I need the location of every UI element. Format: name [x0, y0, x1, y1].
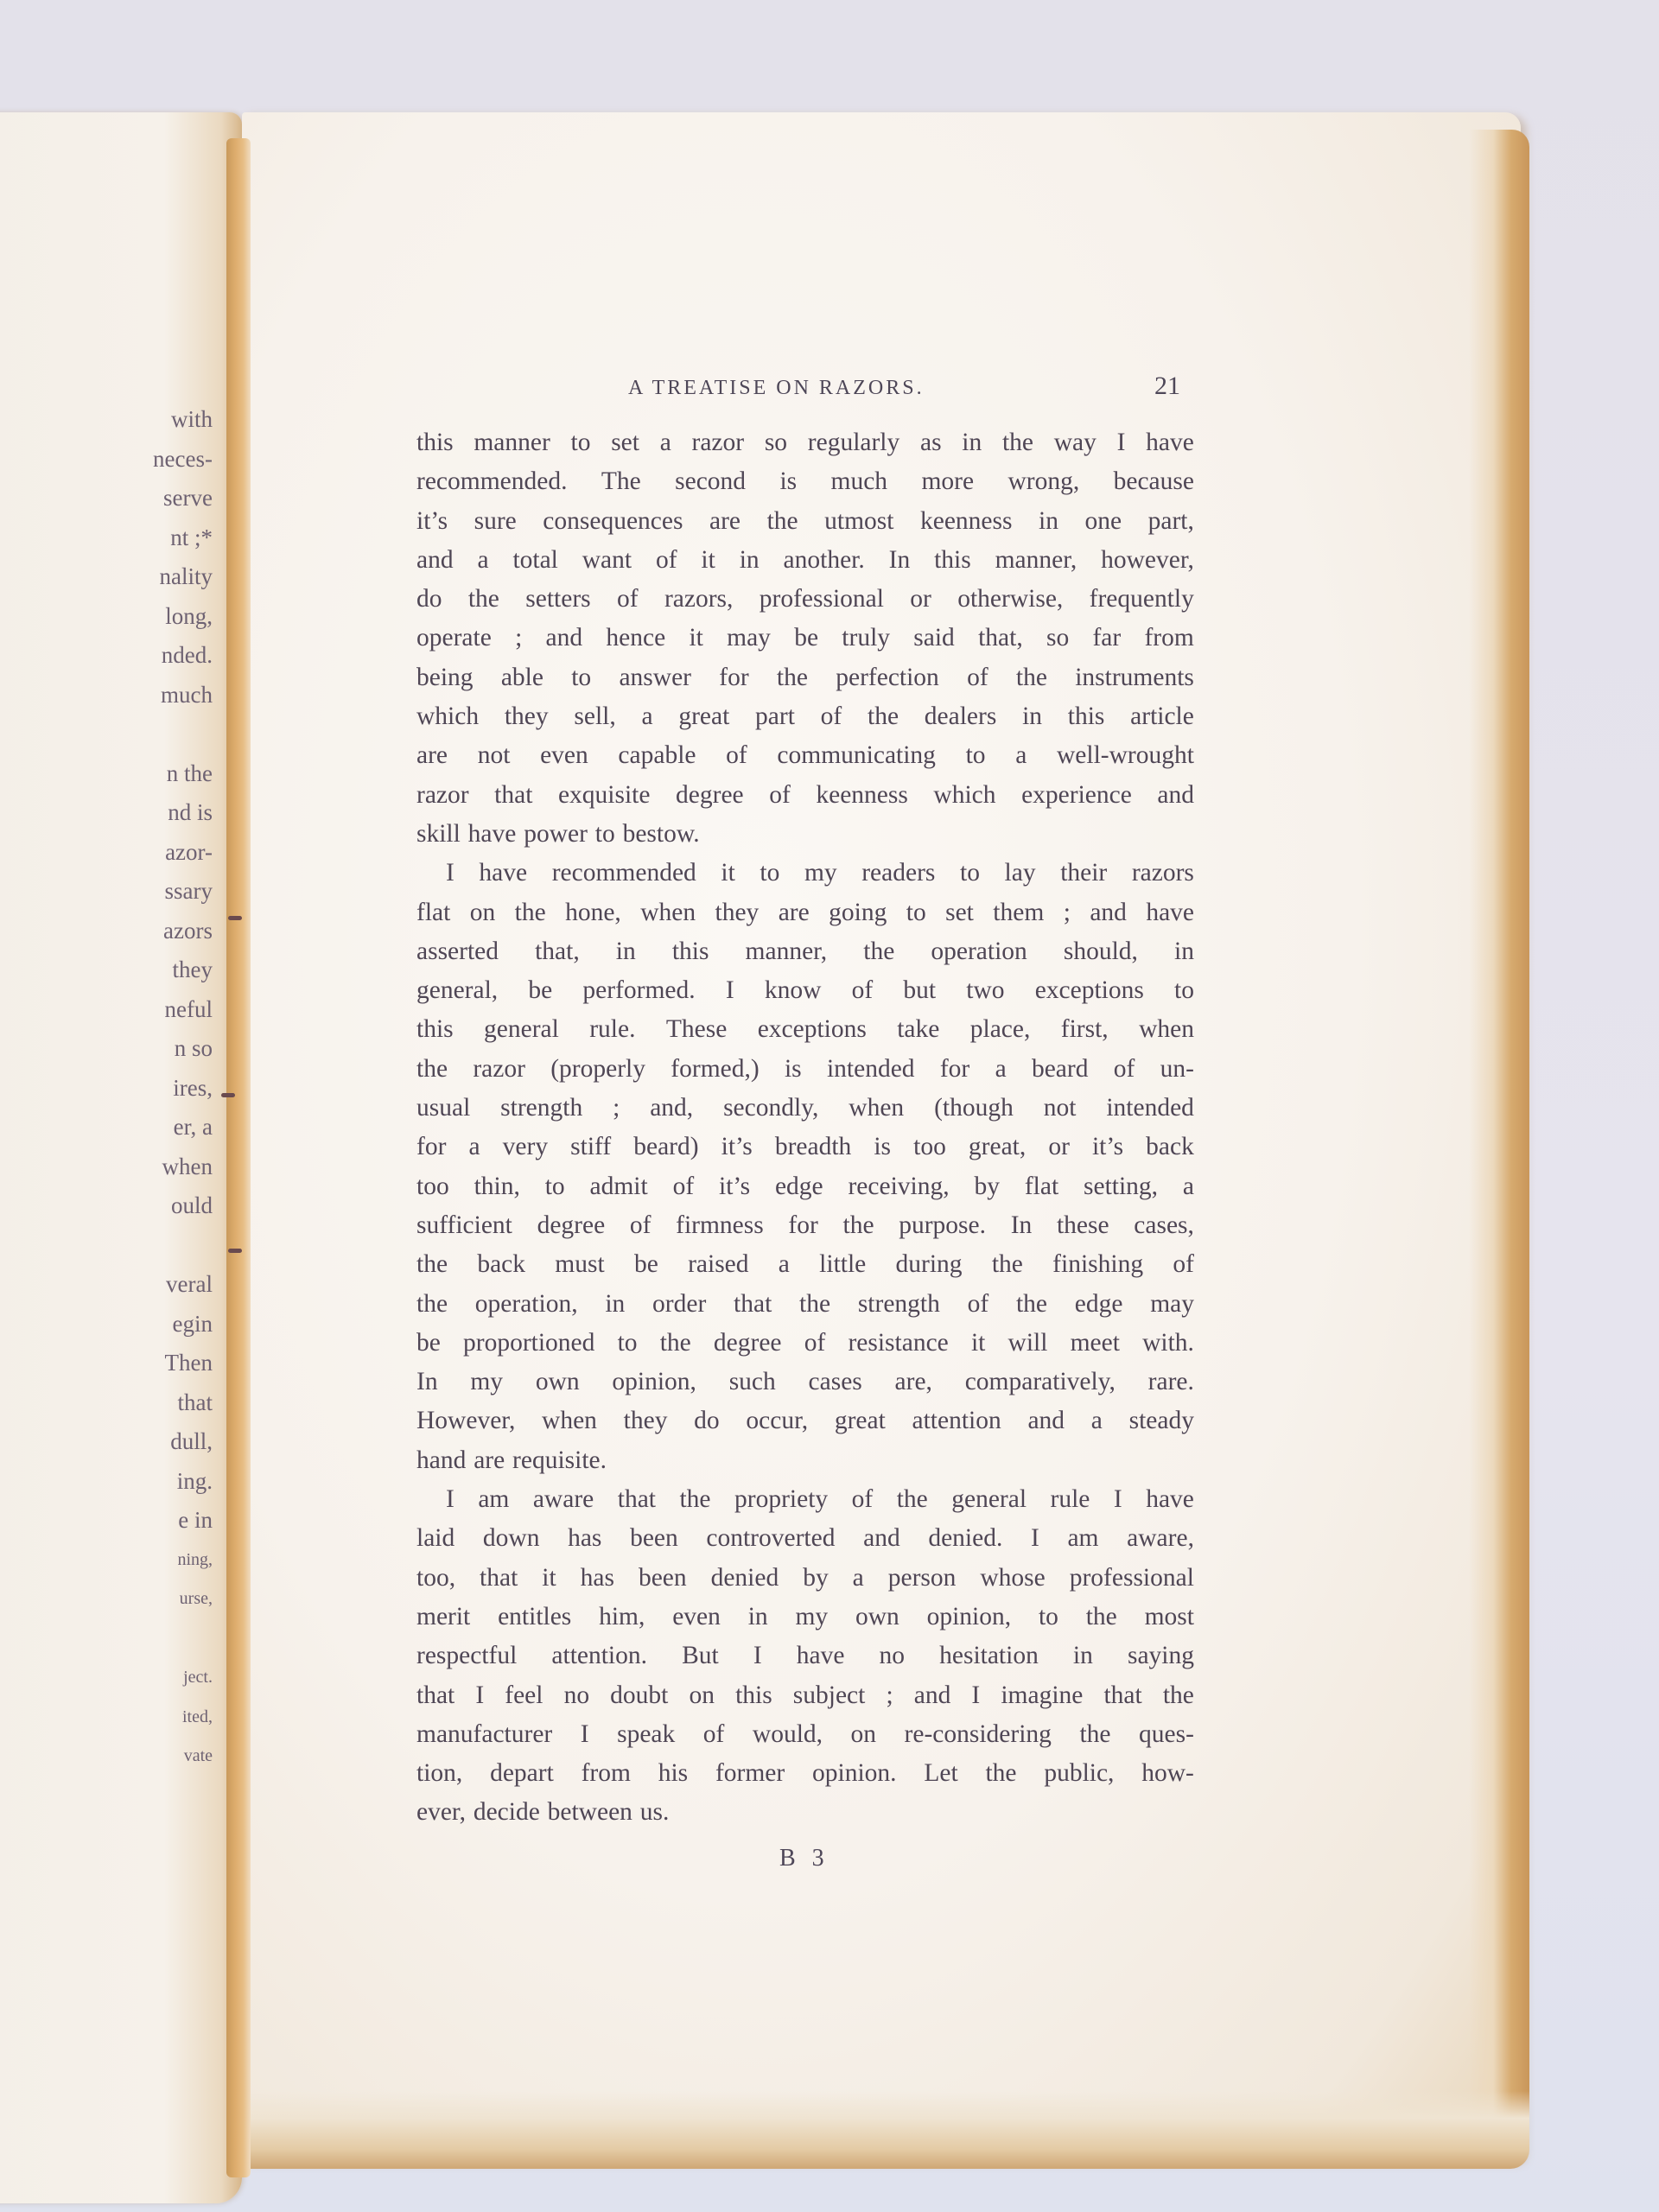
left-page-line: when	[153, 1147, 213, 1187]
left-page-line: Then	[153, 1344, 213, 1383]
left-page-line: nality	[153, 557, 213, 597]
text-line: skillhavepowertobestow.	[416, 815, 1194, 854]
text-line: Ihaverecommendedittomyreaderstolaytheirr…	[416, 854, 1194, 893]
left-page-line	[153, 715, 213, 754]
text-line: beproportionedtothedegreeofresistanceitw…	[416, 1324, 1194, 1363]
paragraph: Ihaverecommendedittomyreaderstolaytheirr…	[416, 854, 1194, 1480]
left-page-line: nd is	[153, 793, 213, 833]
paragraph: Iamawarethattheproprietyofthegeneralrule…	[416, 1480, 1194, 1833]
left-page-line: e in	[153, 1501, 213, 1541]
left-page-line: dull,	[153, 1422, 213, 1462]
left-page-line: neces-	[153, 440, 213, 480]
text-line: flatonthehone,whentheyaregoingtosetthem;…	[416, 893, 1194, 932]
stitch-mark	[228, 1249, 242, 1253]
left-page-line: serve	[153, 479, 213, 518]
text-line: general,beperformed.Iknowofbuttwoexcepti…	[416, 971, 1194, 1010]
text-line: sufficientdegreeoffirmnessforthepurpose.…	[416, 1206, 1194, 1245]
text-line: manufacturerIspeakofwould,onre-consideri…	[416, 1715, 1194, 1754]
left-page-line: egin	[153, 1305, 213, 1344]
text-line: thisgeneralrule.Theseexceptionstakeplace…	[416, 1010, 1194, 1049]
paragraph: thismannertosetarazorsoregularlyasinthew…	[416, 423, 1194, 854]
left-page-line: ited,	[153, 1698, 213, 1738]
left-page-line: ssary	[153, 872, 213, 912]
stitch-mark	[221, 1093, 235, 1097]
left-page-line	[153, 1619, 213, 1659]
text-line: foraverystiffbeard)it’sbreadthistoogreat…	[416, 1128, 1194, 1166]
page-bottom-edges	[233, 2091, 1529, 2169]
text-line: therazor(properlyformed,)isintendedforab…	[416, 1050, 1194, 1089]
left-page-text-fragments: withneces-servent ;*nalitylong,nded.much…	[153, 400, 213, 1777]
left-page-line: ject.	[153, 1658, 213, 1698]
left-page-line: long,	[153, 597, 213, 637]
left-page-line: they	[153, 950, 213, 990]
left-page-line: azor-	[153, 833, 213, 873]
text-line: beingabletoanswerfortheperfectionofthein…	[416, 658, 1194, 697]
text-line: meritentitleshim,eveninmyownopinion,toth…	[416, 1598, 1194, 1637]
text-line: razorthatexquisitedegreeofkeennesswhiche…	[416, 776, 1194, 815]
left-page-line: with	[153, 400, 213, 440]
text-line: toothin,toadmitofit’sedgereceiving,byfla…	[416, 1167, 1194, 1206]
left-page-line: urse,	[153, 1580, 213, 1619]
text-line: thismannertosetarazorsoregularlyasinthew…	[416, 423, 1194, 462]
text-line: ever,decidebetweenus.	[416, 1793, 1194, 1832]
left-page-line: er, a	[153, 1108, 213, 1147]
left-page-line	[153, 1226, 213, 1266]
text-line: Iamawarethattheproprietyofthegeneralrule…	[416, 1480, 1194, 1519]
text-line: andatotalwantofitinanother.Inthismanner,…	[416, 541, 1194, 580]
left-page-line: azors	[153, 912, 213, 951]
text-line: laiddownhasbeencontrovertedanddenied.Iam…	[416, 1519, 1194, 1558]
text-line: tion,departfromhisformeropinion.Letthepu…	[416, 1754, 1194, 1793]
left-page-line: much	[153, 676, 213, 715]
text-line: thatIfeelnodoubtonthissubject;andIimagin…	[416, 1676, 1194, 1715]
text-line: theoperation,inorderthatthestrengthofthe…	[416, 1285, 1194, 1324]
left-page-line: veral	[153, 1265, 213, 1305]
left-page-line: n so	[153, 1029, 213, 1069]
left-page-line: n the	[153, 754, 213, 794]
text-line: Inmyownopinion,suchcasesare,comparativel…	[416, 1363, 1194, 1402]
left-page-line: that	[153, 1383, 213, 1423]
page-text-block: A TREATISE ON RAZORS. 21 thismannertoset…	[416, 372, 1194, 1833]
text-line: usualstrength;and,secondly,when(thoughno…	[416, 1089, 1194, 1128]
text-line: assertedthat,inthismanner,theoperationsh…	[416, 932, 1194, 971]
left-page-line: neful	[153, 990, 213, 1030]
text-line: it’ssureconsequencesaretheutmostkeenness…	[416, 502, 1194, 541]
text-line: whichtheysell,agreatpartofthedealersinth…	[416, 697, 1194, 736]
text-line: respectfulattention.ButIhavenohesitation…	[416, 1637, 1194, 1675]
text-line: However,whentheydooccur,greatattentionan…	[416, 1402, 1194, 1440]
text-line: recommended.Thesecondismuchmorewrong,bec…	[416, 462, 1194, 501]
left-page-line: vate	[153, 1737, 213, 1777]
text-line: too,thatithasbeendeniedbyapersonwhosepro…	[416, 1559, 1194, 1598]
left-page-line: ning,	[153, 1541, 213, 1580]
text-line: operate;andhenceitmaybetrulysaidthat,sof…	[416, 619, 1194, 658]
text-line: arenotevencapableofcommunicatingtoawell-…	[416, 736, 1194, 775]
left-page-line: ing.	[153, 1462, 213, 1502]
page-number: 21	[1154, 372, 1180, 401]
book-gutter	[226, 138, 251, 2177]
left-page-line: nded.	[153, 636, 213, 676]
signature-mark: B 3	[779, 1845, 829, 1872]
left-page-line: nt ;*	[153, 518, 213, 558]
right-page-fore-edge	[1469, 130, 1529, 2169]
running-head-title: A TREATISE ON RAZORS.	[628, 377, 925, 400]
text-line: thebackmustberaisedalittleduringthefinis…	[416, 1245, 1194, 1284]
running-head: A TREATISE ON RAZORS. 21	[416, 372, 1194, 423]
text-line: handarerequisite.	[416, 1441, 1194, 1480]
left-page: withneces-servent ;*nalitylong,nded.much…	[0, 112, 242, 2203]
stitch-mark	[228, 916, 242, 920]
left-page-line: ould	[153, 1186, 213, 1226]
body-text: thismannertosetarazorsoregularlyasinthew…	[416, 423, 1194, 1833]
left-page-line: ires,	[153, 1069, 213, 1109]
text-line: dothesettersofrazors,professionalorother…	[416, 580, 1194, 619]
